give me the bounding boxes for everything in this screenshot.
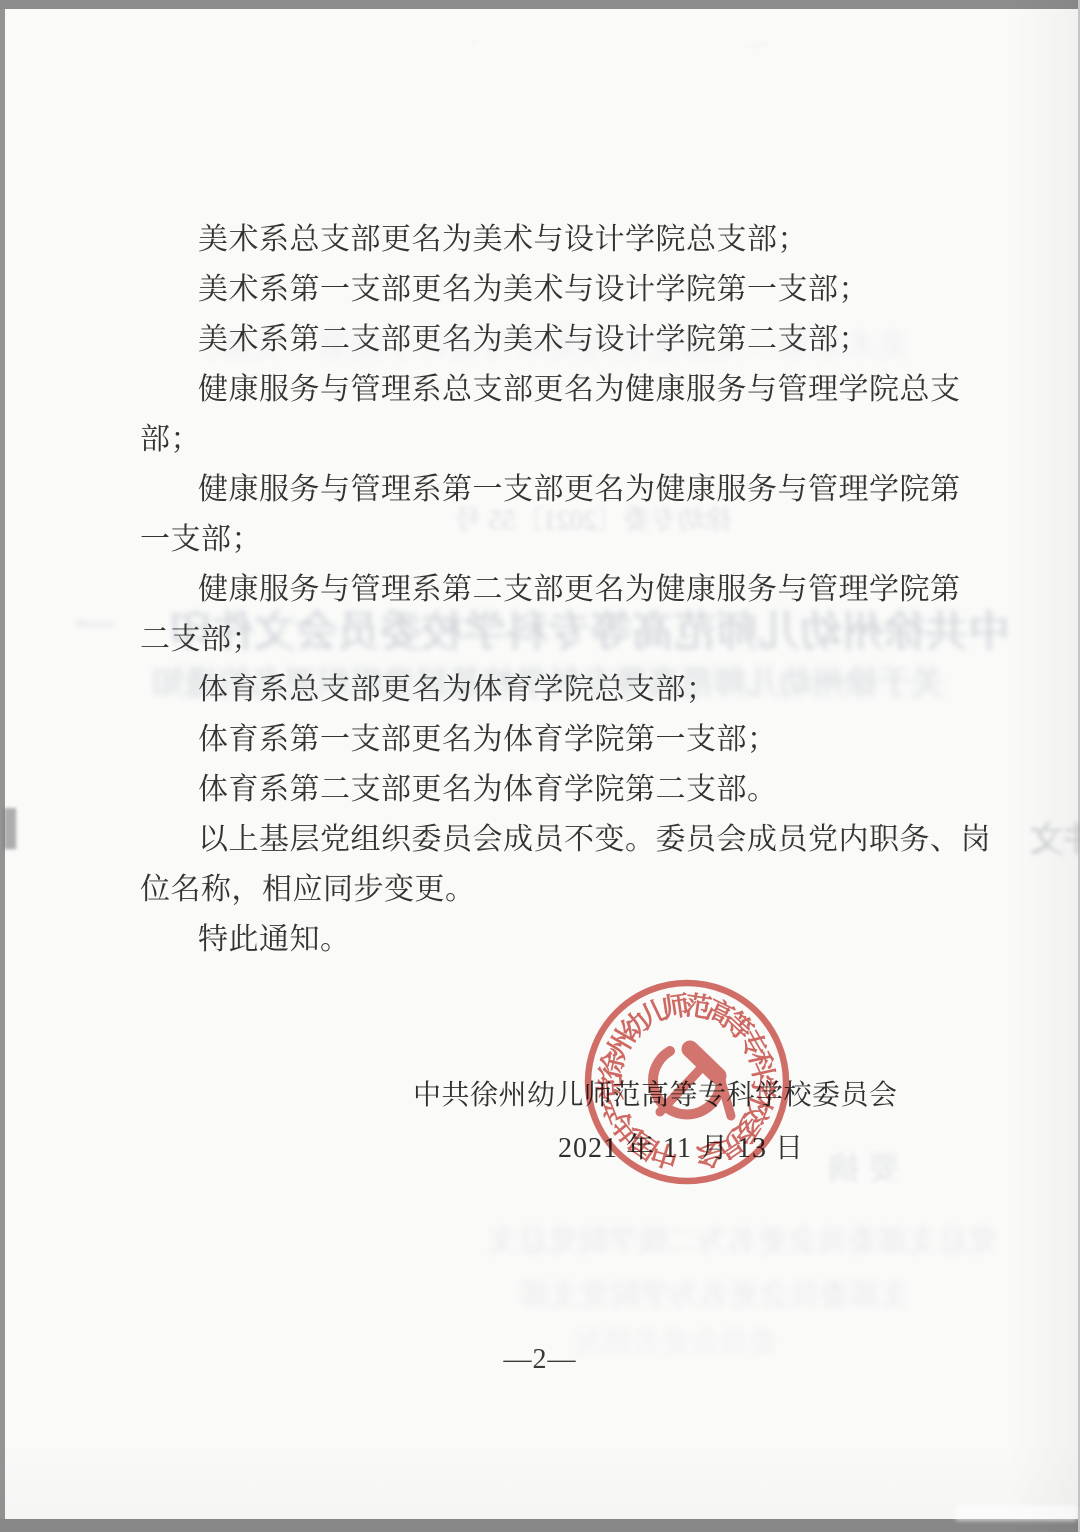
body-line: 健康服务与管理系第一支部更名为健康服务与管理学院第 (140, 465, 950, 515)
body-line: 一支部； (140, 515, 950, 565)
body-line: 美术系第一支部更名为美术与设计学院第一支部； (140, 265, 950, 315)
bleed-through-text: 要 摘 (828, 1143, 900, 1189)
body-line: 健康服务与管理系总支部更名为健康服务与管理学院总支 (140, 365, 950, 415)
body-lines: 美术系总支部更名为美术与设计学院总支部；美术系第一支部更名为美术与设计学院第一支… (140, 215, 950, 965)
scan-border-top (0, 0, 1080, 9)
bleed-through-text: 支部委员会更名为学院党支部 (520, 1270, 910, 1314)
scan-border-bottom (0, 1519, 1080, 1532)
bleed-through-text: 党总支部委员会更名为二级学院党总支 (488, 1216, 998, 1260)
body-line: 体育系第一支部更名为体育学院第一支部； (140, 715, 950, 765)
official-seal: 中国共产党徐州幼儿师范高等专科学校委员会 (572, 967, 802, 1197)
body-line: 部； (140, 415, 950, 465)
bleed-through-text: 一 (75, 596, 115, 653)
bleed-through-text: 〜 (745, 26, 771, 63)
bleed-through-text: · (470, 30, 478, 57)
body-line: 二支部； (140, 615, 950, 665)
body-line: 美术系第二支部更名为美术与设计学院第二支部； (140, 315, 950, 365)
body-line: 体育系第二支部更名为体育学院第二支部。 (140, 765, 950, 815)
body-line: 以上基层党组织委员会成员不变。委员会成员党内职务、岗 (140, 815, 950, 865)
body-line: 健康服务与管理系第二支部更名为健康服务与管理学院第 (140, 565, 950, 615)
paper-shading-bottom (0, 1440, 1080, 1519)
page-number: —2— (0, 1344, 1080, 1376)
hammer-and-sickle-icon (653, 1049, 731, 1116)
paper-shading-right (1008, 0, 1078, 1532)
body-line: 美术系总支部更名为美术与设计学院总支部； (140, 215, 950, 265)
body-line: 特此通知。 (140, 915, 950, 965)
body-line: 位名称，相应同步变更。 (140, 865, 950, 915)
watermark-smudge (955, 1505, 1077, 1521)
scan-border-left (0, 9, 5, 1532)
scanned-document-page: 美术系第二支部更名为美术与设计学院第二支部；徐幼专委〔2021〕55 号一中共徐… (0, 0, 1080, 1532)
body-line: 体育系总支部更名为体育学院总支部； (140, 665, 950, 715)
seal-graphic: 中国共产党徐州幼儿师范高等专科学校委员会 (572, 967, 802, 1197)
